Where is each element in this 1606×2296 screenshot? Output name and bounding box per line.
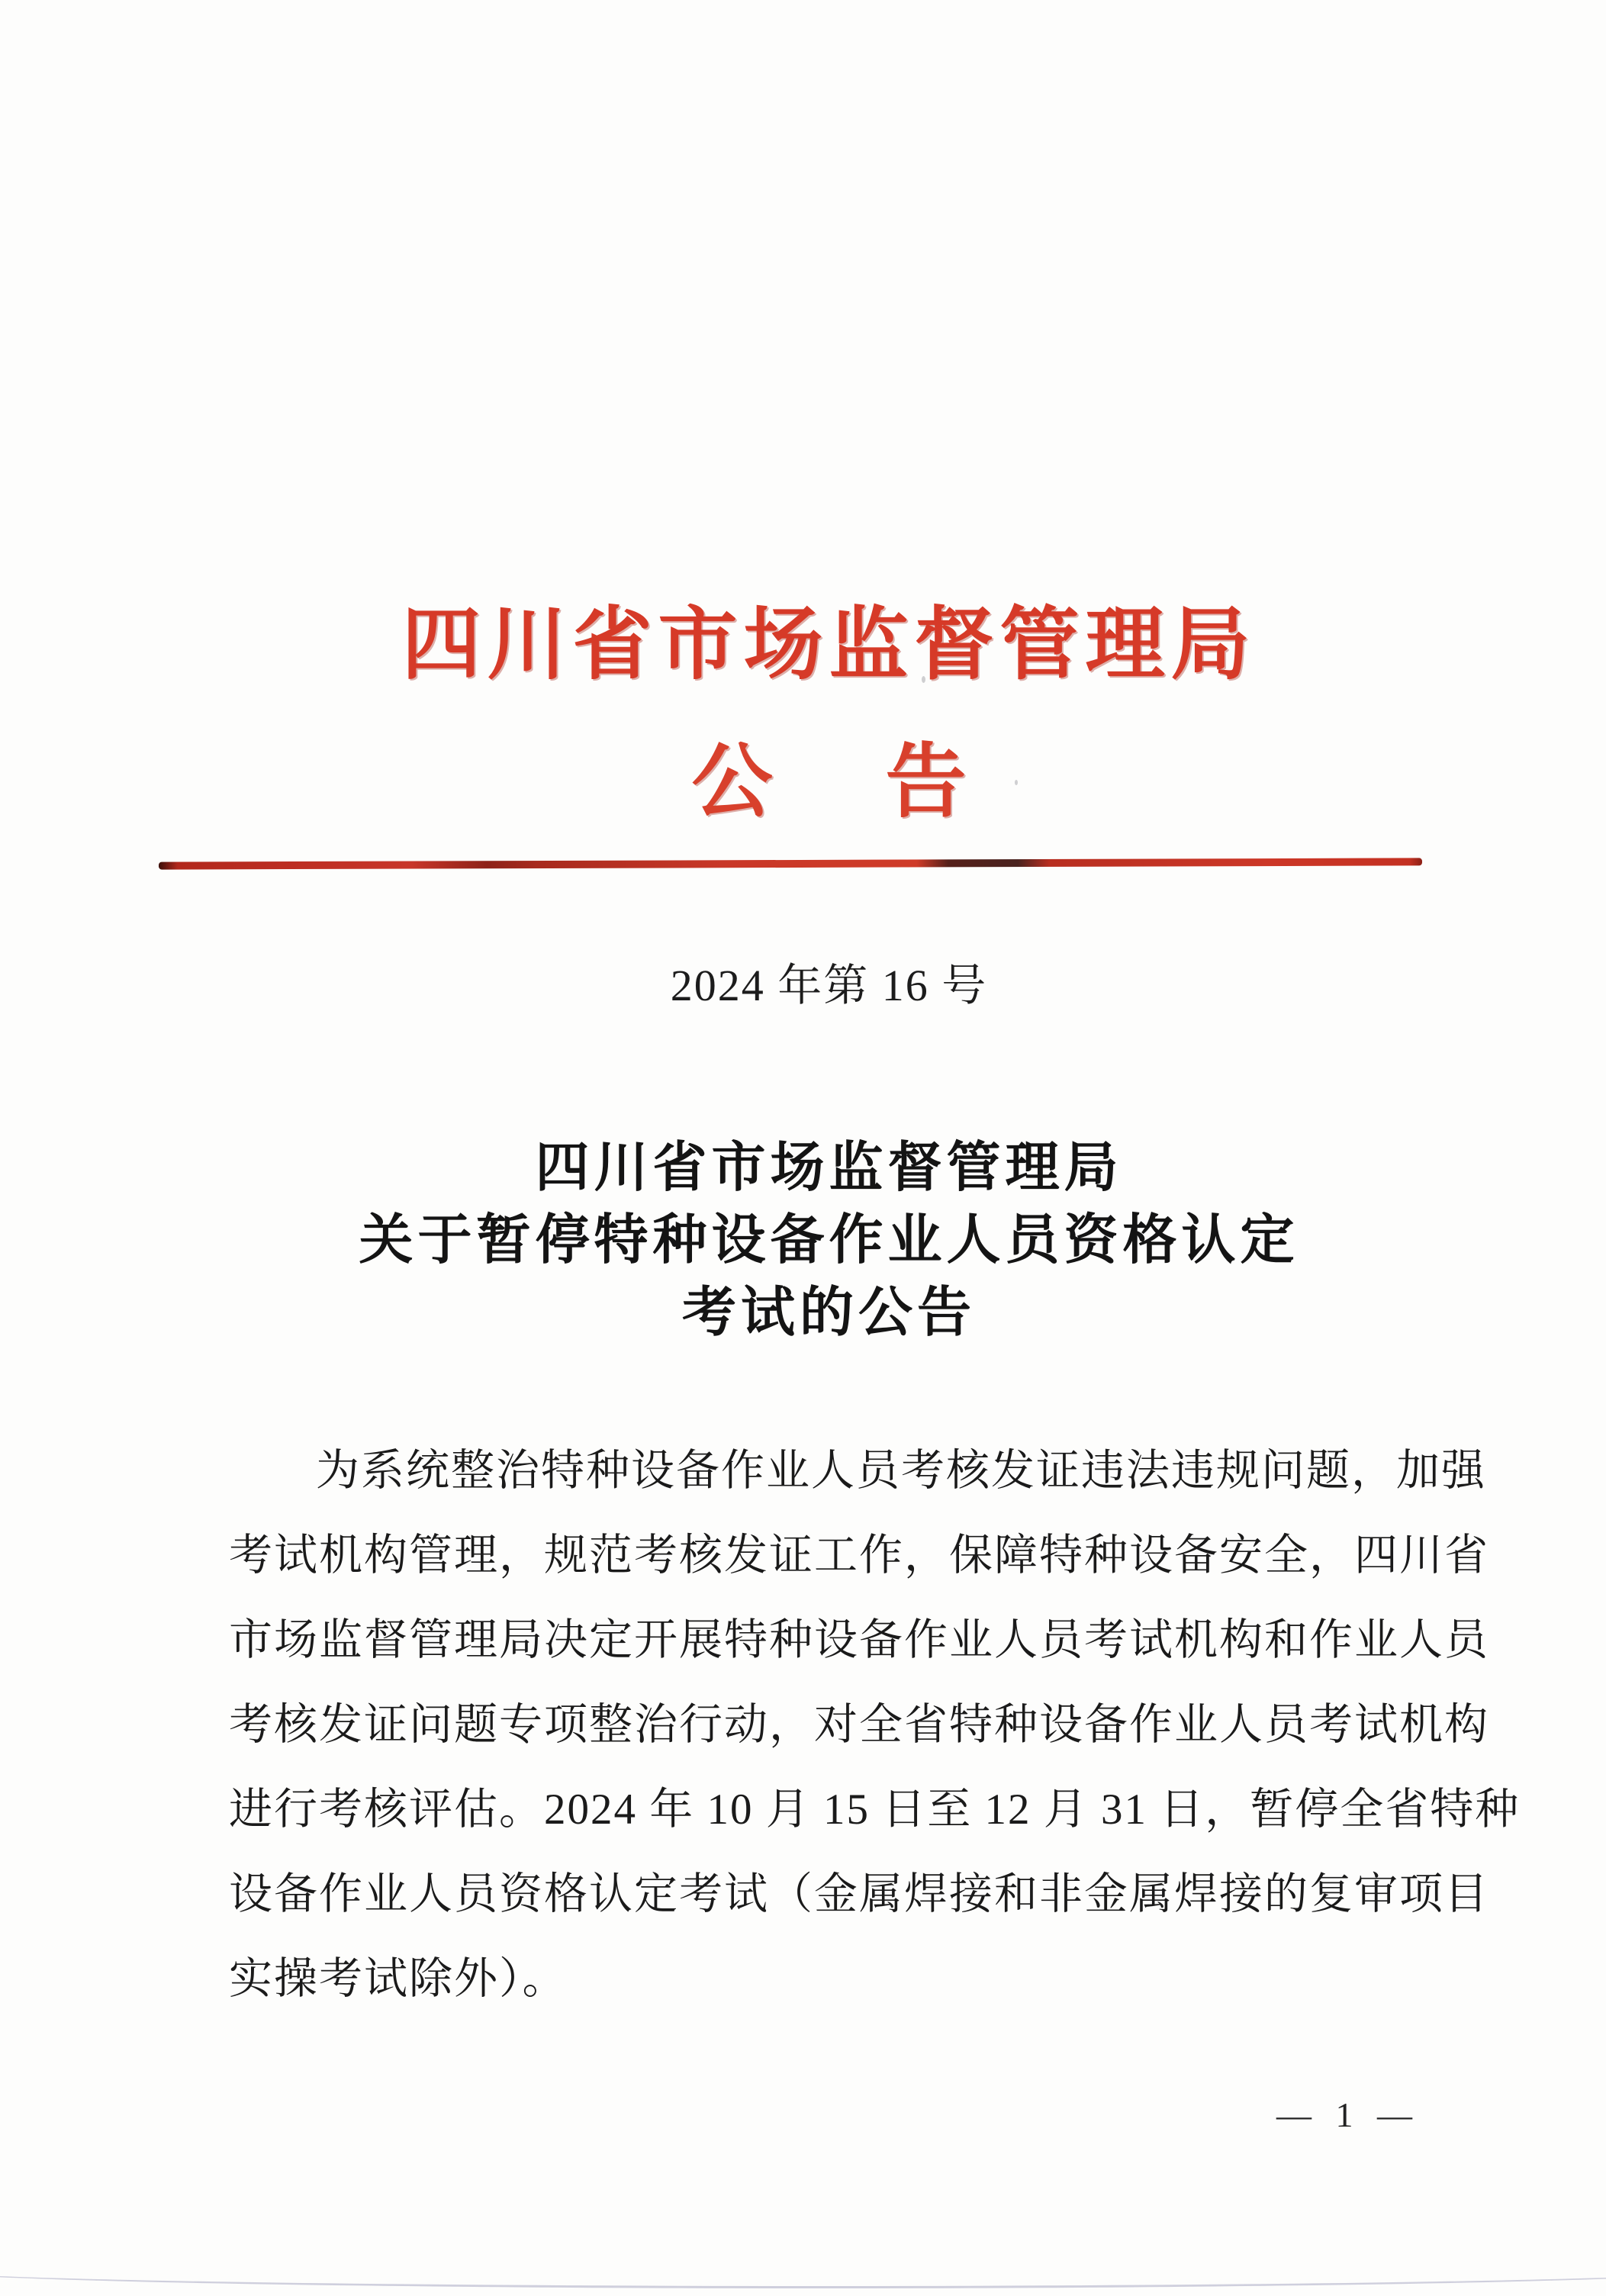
page-number: — 1 — (1276, 2092, 1420, 2138)
announcement-char-gong: 公 (692, 734, 773, 832)
body-line-4: 考核发证问题专项整治行动，对全省特种设备作业人员考试机构 (229, 1683, 1451, 1767)
doc-number: 2024 年第 16 号 (26, 955, 1606, 1016)
body-paragraph: 为系统整治特种设备作业人员考核发证违法违规问题，加强 考试机构管理，规范考核发证… (229, 1428, 1451, 2021)
body-line-7: 实操考试除外）。 (229, 1937, 1451, 2021)
announcement-char-gao: 告 (886, 734, 967, 832)
notice-title: 四川省市场监督管理局 关于暂停特种设备作业人员资格认定 考试的公告 (26, 1132, 1606, 1350)
notice-title-line-2: 关于暂停特种设备作业人员资格认定 (26, 1205, 1606, 1277)
body-line-2: 考试机构管理，规范考核发证工作，保障特种设备安全，四川省 (229, 1513, 1451, 1598)
scan-speck (922, 676, 925, 683)
org-title: 四川省市场监督管理局 (26, 601, 1606, 690)
red-divider-rule (159, 858, 1422, 869)
announcement-document-page: 四川省市场监督管理局 公 告 2024 年第 16 号 四川省市场监督管理局 关… (0, 0, 1606, 2296)
body-line-6: 设备作业人员资格认定考试（金属焊接和非金属焊接的复审项目 (229, 1852, 1451, 1937)
scan-speck (1015, 780, 1018, 785)
body-line-3: 市场监督管理局决定开展特种设备作业人员考试机构和作业人员 (229, 1598, 1451, 1683)
body-line-5: 进行考核评估。2024 年 10 月 15 日至 12 月 31 日，暂停全省特… (229, 1767, 1451, 1852)
announcement-heading: 公 告 (26, 734, 1606, 832)
body-line-1: 为系统整治特种设备作业人员考核发证违法违规问题，加强 (229, 1428, 1451, 1513)
notice-title-line-1: 四川省市场监督管理局 (26, 1132, 1606, 1205)
paper-bottom-edge (0, 2242, 1606, 2288)
notice-title-line-3: 考试的公告 (26, 1277, 1606, 1350)
